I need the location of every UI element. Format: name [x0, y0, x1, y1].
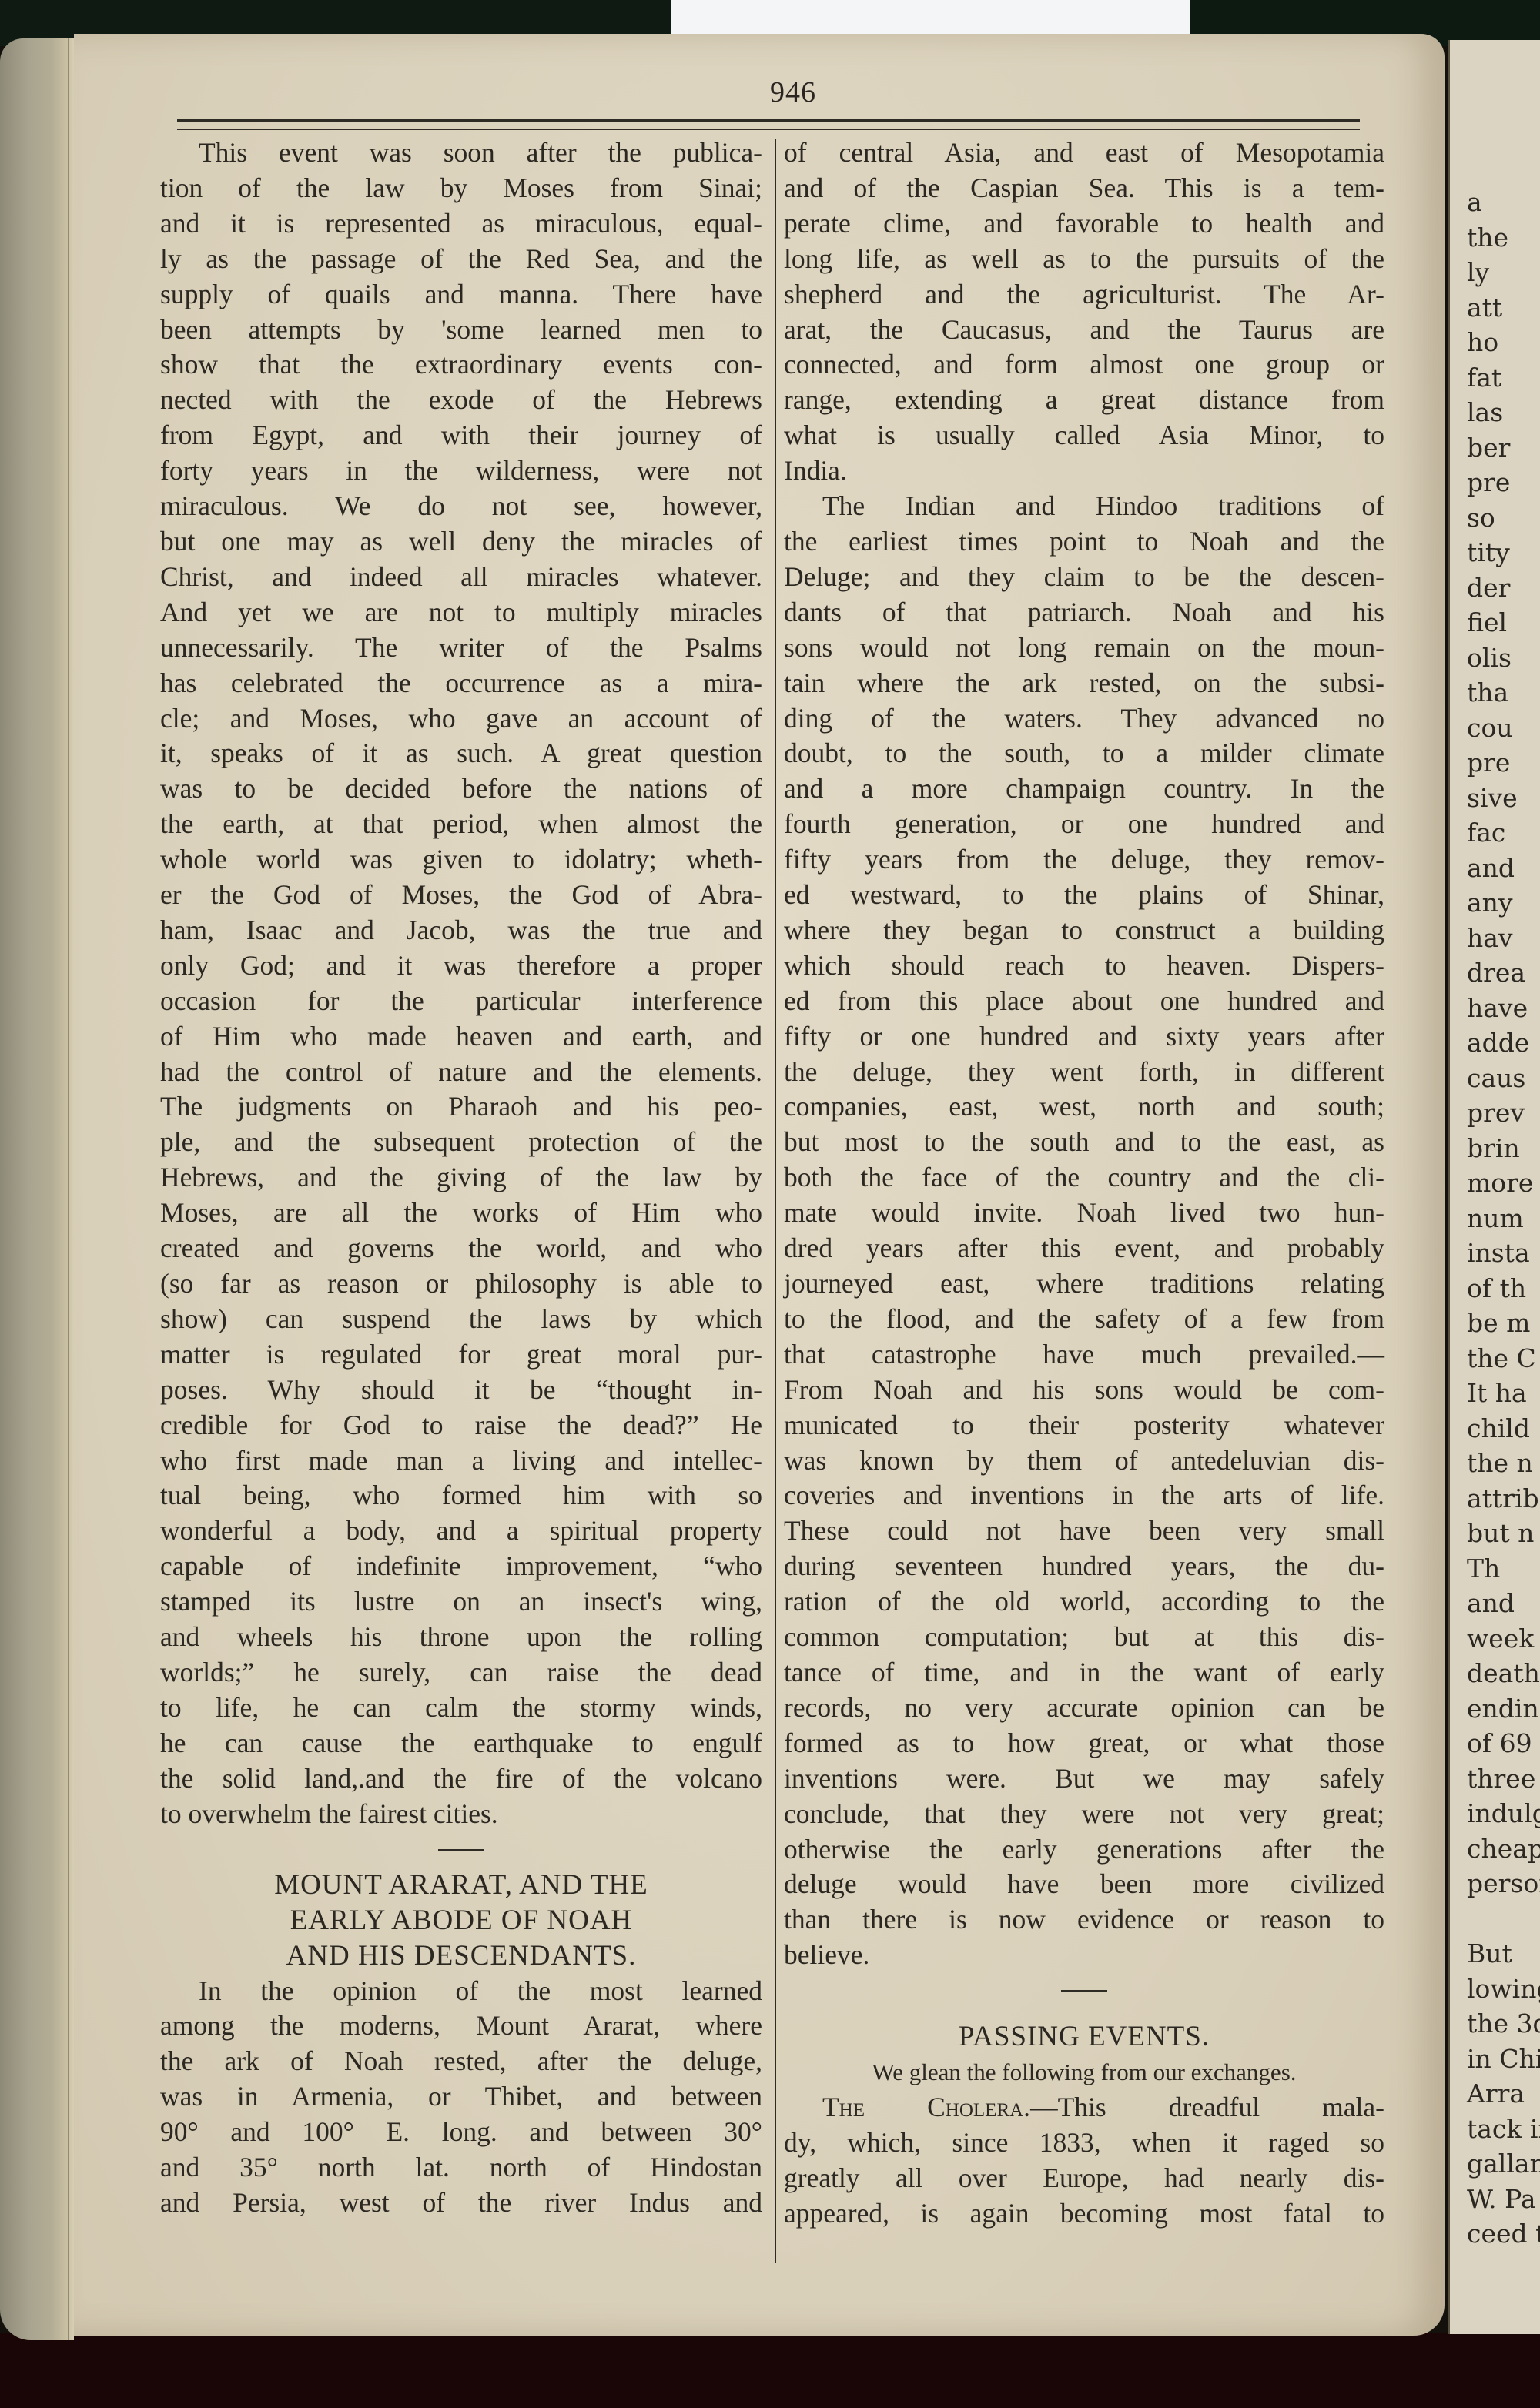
- facing-page-text-fragments: athelyatthofatlasberpresotityderfielolis…: [1467, 185, 1540, 2252]
- text-line: ed from this place about one hundred and: [784, 984, 1384, 1019]
- text-line: forty years in the wilderness, were not: [160, 453, 762, 489]
- text-line: formed as to how great, or what those: [784, 1726, 1384, 1761]
- facing-page-fragment: tity: [1467, 535, 1540, 570]
- facing-page-fragment: num: [1467, 1201, 1540, 1236]
- text-line: ple, and the subsequent protection of th…: [160, 1125, 762, 1160]
- article-miracles-text: This event was soon after the publica-ti…: [160, 135, 762, 1832]
- text-line: municated to their posterity whatever: [784, 1408, 1384, 1443]
- text-line: and it is represented as miraculous, equ…: [160, 206, 762, 242]
- text-line: it, speaks of it as such. A great questi…: [160, 736, 762, 771]
- facing-page-fragment: a: [1467, 185, 1540, 220]
- text-line: records, no very accurate opinion can be: [784, 1691, 1384, 1726]
- facing-page-fragment: indulg: [1467, 1796, 1540, 1831]
- text-line: what is usually called Asia Minor, to: [784, 418, 1384, 453]
- text-line: And yet we are not to multiply miracles: [160, 595, 762, 630]
- text-line: only God; and it was therefore a proper: [160, 948, 762, 984]
- text-line: The Cholera.—This dreadful mala-: [784, 2090, 1384, 2125]
- text-line: fifty or one hundred and sixty years aft…: [784, 1019, 1384, 1055]
- facing-page-fragment: fat: [1467, 360, 1540, 396]
- text-line: was to be decided before the nations of: [160, 771, 762, 807]
- text-line: created and governs the world, and who: [160, 1231, 762, 1266]
- facing-page-fragment: gallant: [1467, 2146, 1540, 2182]
- facing-page-fragment: three: [1467, 1761, 1540, 1797]
- text-line: poses. Why should it be “thought in-: [160, 1373, 762, 1408]
- text-line: been attempts by 'some learned men to: [160, 313, 762, 348]
- text-line: tion of the law by Moses from Sinai;: [160, 171, 762, 206]
- cholera-label: The Cholera.: [822, 2092, 1030, 2122]
- facing-page-fragment: Arra: [1467, 2076, 1540, 2112]
- text-line: dants of that patriarch. Noah and his: [784, 595, 1384, 630]
- left-column: This event was soon after the publica-ti…: [160, 135, 762, 2221]
- text-line: journeyed east, where traditions relatin…: [784, 1266, 1384, 1302]
- text-line: ly as the passage of the Red Sea, and th…: [160, 242, 762, 277]
- text-line: ham, Isaac and Jacob, was the true and: [160, 913, 762, 948]
- text-line: er the God of Moses, the God of Abra-: [160, 878, 762, 913]
- facing-page-fragment: death: [1467, 1656, 1540, 1691]
- text-line: The Indian and Hindoo traditions of: [784, 489, 1384, 524]
- text-line: to life, he can calm the stormy winds,: [160, 1691, 762, 1726]
- facing-page-fragment: ber: [1467, 430, 1540, 466]
- text-line: (so far as reason or philosophy is able …: [160, 1266, 762, 1302]
- text-line: whole world was given to idolatry; wheth…: [160, 842, 762, 878]
- text-line: deluge would have been more civilized: [784, 1867, 1384, 1902]
- text-line: ration of the old world, according to th…: [784, 1584, 1384, 1620]
- facing-page-fragment: prev: [1467, 1095, 1540, 1131]
- text-line: stamped its lustre on an insect's wing,: [160, 1584, 762, 1620]
- text-line: common computation; but at this dis-: [784, 1620, 1384, 1655]
- text-line: mate would invite. Noah lived two hun-: [784, 1196, 1384, 1231]
- text-line: tual being, who formed him with so: [160, 1478, 762, 1513]
- text-line: The judgments on Pharaoh and his peo-: [160, 1089, 762, 1125]
- passing-events-intro: We glean the following from our exchange…: [784, 2055, 1384, 2090]
- heading-line: AND HIS DESCENDANTS.: [160, 1938, 762, 1974]
- facing-page-fragment: so: [1467, 500, 1540, 536]
- facing-page-fragment: attrib: [1467, 1481, 1540, 1517]
- article-ararat-text: In the opinion of the most learnedamong …: [160, 1974, 762, 2221]
- text-line: inventions were. But we may safely: [784, 1761, 1384, 1797]
- text-line: These could not have been very small: [784, 1513, 1384, 1549]
- section-divider: [784, 1973, 1384, 2019]
- facing-page-fragment: child: [1467, 1411, 1540, 1446]
- text-line: occasion for the particular interference: [160, 984, 762, 1019]
- text-line: from Egypt, and with their journey of: [160, 418, 762, 453]
- text-line: the earliest times point to Noah and the: [784, 524, 1384, 560]
- facing-page-fragment: persor: [1467, 1866, 1540, 1901]
- heading-line: EARLY ABODE OF NOAH: [160, 1903, 762, 1938]
- facing-page-fragment: sive: [1467, 781, 1540, 816]
- text-line: tance of time, and in the want of early: [784, 1655, 1384, 1691]
- facing-page-fragment: But: [1467, 1936, 1540, 1972]
- passing-events-heading: PASSING EVENTS.: [784, 2019, 1384, 2055]
- facing-page-fragment: drea: [1467, 955, 1540, 991]
- text-line: but most to the south and to the east, a…: [784, 1125, 1384, 1160]
- facing-page-fragment: ceed t: [1467, 2216, 1540, 2252]
- text-line: Hebrews, and the giving of the law by: [160, 1160, 762, 1196]
- facing-page-fragment: and: [1467, 851, 1540, 886]
- text-line: that catastrophe have much prevailed.—: [784, 1337, 1384, 1373]
- text-line: had the control of nature and the elemen…: [160, 1055, 762, 1090]
- facing-page-fragment: pre: [1467, 745, 1540, 781]
- text-line: dy, which, since 1833, when it raged so: [784, 2125, 1384, 2161]
- text-line: who first made man a living and intellec…: [160, 1443, 762, 1479]
- text-fragment: —This dreadful mala-: [1030, 2092, 1384, 2122]
- text-line: was known by them of antedeluvian dis-: [784, 1443, 1384, 1479]
- text-line: In the opinion of the most learned: [160, 1974, 762, 2009]
- text-line: supply of quails and manna. There have: [160, 277, 762, 313]
- text-line: among the moderns, Mount Ararat, where: [160, 2008, 762, 2044]
- text-line: wonderful a body, and a spiritual proper…: [160, 1513, 762, 1549]
- text-line: 90° and 100° E. long. and between 30°: [160, 2115, 762, 2150]
- facing-page-fragment: pre: [1467, 465, 1540, 500]
- column-divider-rule: [772, 139, 776, 2263]
- heading-line: MOUNT ARARAT, AND THE: [160, 1868, 762, 1903]
- text-line: Moses, are all the works of Him who: [160, 1196, 762, 1231]
- facing-page-fragment: las: [1467, 395, 1540, 430]
- facing-page-fragment: lowing: [1467, 1972, 1540, 2007]
- text-line: doubt, to the south, to a milder climate: [784, 736, 1384, 771]
- text-line: the deluge, they went forth, in differen…: [784, 1055, 1384, 1090]
- text-line: sons would not long remain on the moun-: [784, 630, 1384, 666]
- text-line: This event was soon after the publica-: [160, 135, 762, 171]
- text-line: dred years after this event, and probabl…: [784, 1231, 1384, 1266]
- facing-page-fragment: of 69: [1467, 1726, 1540, 1761]
- text-line: show) can suspend the laws by which: [160, 1302, 762, 1337]
- text-line: arat, the Caucasus, and the Taurus are: [784, 313, 1384, 348]
- facing-page-fragment: the C: [1467, 1341, 1540, 1376]
- text-line: long life, as well as to the pursuits of…: [784, 242, 1384, 277]
- facing-page-fragment: [1467, 1901, 1540, 1937]
- facing-page-fragment: tack in: [1467, 2112, 1540, 2147]
- facing-page-fragment: fac: [1467, 815, 1540, 851]
- facing-page-fragment: der: [1467, 570, 1540, 606]
- facing-page-fragment: the 3d: [1467, 2006, 1540, 2042]
- text-line: but one may as well deny the miracles of: [160, 524, 762, 560]
- facing-page-fragment: the n: [1467, 1446, 1540, 1481]
- facing-page-fragment: fiel: [1467, 605, 1540, 640]
- facing-page-fragment: It ha: [1467, 1376, 1540, 1411]
- text-line: and wheels his throne upon the rolling: [160, 1620, 762, 1655]
- text-line: coveries and inventions in the arts of l…: [784, 1478, 1384, 1513]
- article-ararat-continued-p2: The Indian and Hindoo traditions ofthe e…: [784, 489, 1384, 1973]
- text-line: perate clime, and favorable to health an…: [784, 206, 1384, 242]
- text-line: matter is regulated for great moral pur-: [160, 1337, 762, 1373]
- text-line: worlds;” he surely, can raise the dead: [160, 1655, 762, 1691]
- facing-page-fragment: in Chi: [1467, 2042, 1540, 2077]
- text-line: unnecessarily. The writer of the Psalms: [160, 630, 762, 666]
- facing-page-fragment: brin: [1467, 1131, 1540, 1166]
- text-line: and 35° north lat. north of Hindostan: [160, 2150, 762, 2186]
- text-line: ed westward, to the plains of Shinar,: [784, 878, 1384, 913]
- text-line: the ark of Noah rested, after the deluge…: [160, 2044, 762, 2079]
- text-line: Christ, and indeed all miracles whatever…: [160, 560, 762, 595]
- facing-page-fragment: insta: [1467, 1236, 1540, 1271]
- cholera-paragraph: The Cholera.—This dreadful mala-dy, whic…: [784, 2090, 1384, 2232]
- text-line: he can cause the earthquake to engulf: [160, 1726, 762, 1761]
- facing-page-fragment: week: [1467, 1621, 1540, 1657]
- facing-page-fragment: ly: [1467, 255, 1540, 290]
- facing-page-fragment: tha: [1467, 675, 1540, 711]
- facing-page-fragment: cou: [1467, 711, 1540, 746]
- text-line: which should reach to heaven. Dispers-: [784, 948, 1384, 984]
- facing-page-fragment: W. Pa: [1467, 2182, 1540, 2217]
- text-line: India.: [784, 453, 1384, 489]
- text-line: companies, east, west, north and south;: [784, 1089, 1384, 1125]
- text-line: shepherd and the agriculturist. The Ar-: [784, 277, 1384, 313]
- facing-page-fragment: and: [1467, 1586, 1540, 1621]
- facing-page-fragment: have: [1467, 991, 1540, 1026]
- text-line: during seventeen hundred years, the du-: [784, 1549, 1384, 1584]
- text-line: and Persia, west of the river Indus and: [160, 2186, 762, 2221]
- text-line: of central Asia, and east of Mesopotamia: [784, 135, 1384, 171]
- facing-page-fragment: caus: [1467, 1061, 1540, 1096]
- text-line: miraculous. We do not see, however,: [160, 489, 762, 524]
- text-line: to the flood, and the safety of a few fr…: [784, 1302, 1384, 1337]
- facing-page-fragment: Th: [1467, 1551, 1540, 1587]
- facing-page-fragment: more: [1467, 1166, 1540, 1201]
- background-bottom: [0, 2333, 1540, 2408]
- facing-page-fragment: hav: [1467, 921, 1540, 956]
- text-line: believe.: [784, 1938, 1384, 1973]
- facing-page-fragment: the: [1467, 220, 1540, 256]
- facing-page-fragment: olis: [1467, 640, 1540, 676]
- text-line: where they began to construct a building: [784, 913, 1384, 948]
- text-line: has celebrated the occurrence as a mira-: [160, 666, 762, 701]
- text-line: range, extending a great distance from: [784, 383, 1384, 418]
- text-line: was in Armenia, or Thibet, and between: [160, 2079, 762, 2115]
- text-line: greatly all over Europe, had nearly dis-: [784, 2161, 1384, 2196]
- facing-page-fragment: but n: [1467, 1516, 1540, 1551]
- text-line: conclude, that they were not very great;: [784, 1797, 1384, 1832]
- text-line: the solid land,.and the fire of the volc…: [160, 1761, 762, 1797]
- facing-page-fragment: of th: [1467, 1271, 1540, 1306]
- page-number: 946: [770, 75, 816, 109]
- text-line: show that the extraordinary events con-: [160, 347, 762, 383]
- text-line: fifty years from the deluge, they remov-: [784, 842, 1384, 878]
- facing-page-fragment: adde: [1467, 1025, 1540, 1061]
- text-line: cle; and Moses, who gave an account of: [160, 701, 762, 737]
- text-line: and a more champaign country. In the: [784, 771, 1384, 807]
- text-line: connected, and form almost one group or: [784, 347, 1384, 383]
- text-line: tain where the ark rested, on the subsi-: [784, 666, 1384, 701]
- article-ararat-continued-p1: of central Asia, and east of Mesopotamia…: [784, 135, 1384, 489]
- text-line: of Him who made heaven and earth, and: [160, 1019, 762, 1055]
- text-line: ding of the waters. They advanced no: [784, 701, 1384, 737]
- text-line: to overwhelm the fairest cities.: [160, 1797, 762, 1832]
- page-edges-stack: [0, 38, 74, 2340]
- text-line: the earth, at that period, when almost t…: [160, 807, 762, 842]
- facing-page-fragment: ho: [1467, 325, 1540, 360]
- text-line: credible for God to raise the dead?” He: [160, 1408, 762, 1443]
- text-line: both the face of the country and the cli…: [784, 1160, 1384, 1196]
- facing-page-fragment: be m: [1467, 1306, 1540, 1341]
- right-column: of central Asia, and east of Mesopotamia…: [784, 135, 1384, 2232]
- text-line: and of the Caspian Sea. This is a tem-: [784, 171, 1384, 206]
- text-line: From Noah and his sons would be com-: [784, 1373, 1384, 1408]
- text-line: nected with the exode of the Hebrews: [160, 383, 762, 418]
- text-line: appeared, is again becoming most fatal t…: [784, 2196, 1384, 2232]
- facing-page-fragment: cheap: [1467, 1831, 1540, 1867]
- section-divider: [160, 1832, 762, 1868]
- facing-page-fragment: any: [1467, 885, 1540, 921]
- facing-page-fragment: endin: [1467, 1691, 1540, 1727]
- text-line: fourth generation, or one hundred and: [784, 807, 1384, 842]
- text-line: otherwise the early generations after th…: [784, 1832, 1384, 1868]
- facing-page-fragment: att: [1467, 290, 1540, 326]
- text-line: Deluge; and they claim to be the descen-: [784, 560, 1384, 595]
- header-double-rule: [177, 119, 1360, 130]
- paper-slip: [671, 0, 1190, 37]
- text-line: capable of indefinite improvement, “who: [160, 1549, 762, 1584]
- text-line: than there is now evidence or reason to: [784, 1902, 1384, 1938]
- article-ararat-heading: MOUNT ARARAT, AND THEEARLY ABODE OF NOAH…: [160, 1868, 762, 1974]
